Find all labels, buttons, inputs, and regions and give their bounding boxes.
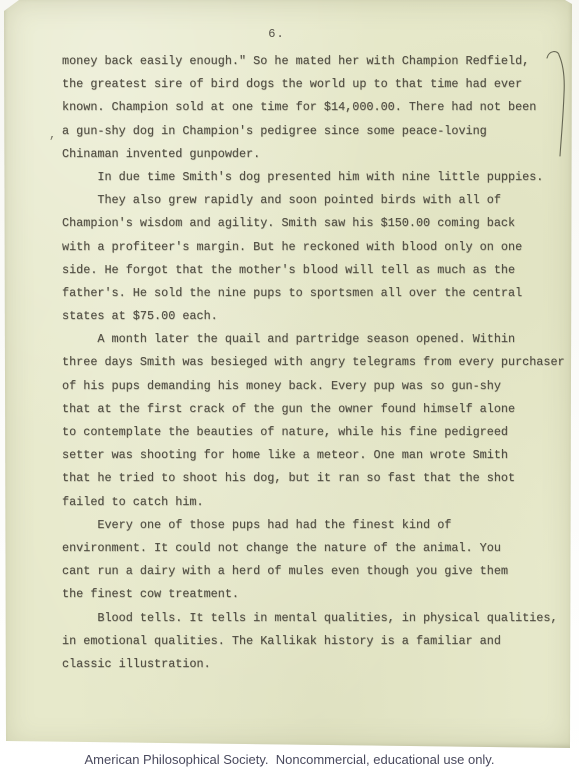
typed-line: environment. It could not change the nat…: [62, 537, 565, 560]
typewritten-text-block: money back easily enough." So he mated h…: [62, 50, 565, 676]
typed-line: the finest cow treatment.: [62, 583, 565, 606]
typed-line: a gun-shy dog in Champion's pedigree sin…: [62, 120, 565, 143]
typed-line: known. Champion sold at one time for $14…: [62, 96, 565, 119]
typed-line: states at $75.00 each.: [62, 305, 565, 328]
typed-line: of his pups demanding his money back. Ev…: [62, 375, 565, 398]
scanned-document-page: 6. , money back easily enough." So he ma…: [0, 0, 579, 772]
typed-line: Every one of those pups had had the fine…: [62, 514, 565, 537]
paper-sheet: 6. , money back easily enough." So he ma…: [4, 0, 572, 748]
typed-line: three days Smith was besieged with angry…: [62, 351, 565, 374]
attribution-caption: American Philosophical Society. Noncomme…: [0, 750, 579, 770]
typed-line: side. He forgot that the mother's blood …: [62, 259, 565, 282]
typed-line: that at the first crack of the gun the o…: [62, 398, 565, 421]
typed-line: the greatest sire of bird dogs the world…: [62, 73, 565, 96]
typed-line: in emotional qualities. The Kallikak his…: [62, 630, 565, 653]
stray-margin-mark: ,: [49, 128, 56, 142]
typed-line: failed to catch him.: [62, 491, 565, 514]
typed-line: with a profiteer's margin. But he reckon…: [62, 236, 565, 259]
typed-line: money back easily enough." So he mated h…: [62, 50, 565, 73]
typed-line: A month later the quail and partridge se…: [62, 328, 565, 351]
typed-line: classic illustration.: [62, 653, 565, 676]
typed-line: Champion's wisdom and agility. Smith saw…: [62, 212, 565, 235]
typed-line: cant run a dairy with a herd of mules ev…: [62, 560, 565, 583]
typed-line: They also grew rapidly and soon pointed …: [62, 189, 565, 212]
typed-line: that he tried to shoot his dog, but it r…: [62, 467, 565, 490]
typed-line: Blood tells. It tells in mental qualitie…: [62, 607, 565, 630]
typed-line: In due time Smith's dog presented him wi…: [62, 166, 565, 189]
typed-line: to contemplate the beauties of nature, w…: [62, 421, 565, 444]
page-number: 6.: [4, 27, 549, 41]
typed-line: setter was shooting for home like a mete…: [62, 444, 565, 467]
typed-line: Chinaman invented gunpowder.: [62, 143, 565, 166]
handwritten-pen-stroke-mark: [542, 48, 570, 164]
typed-line: father's. He sold the nine pups to sport…: [62, 282, 565, 305]
